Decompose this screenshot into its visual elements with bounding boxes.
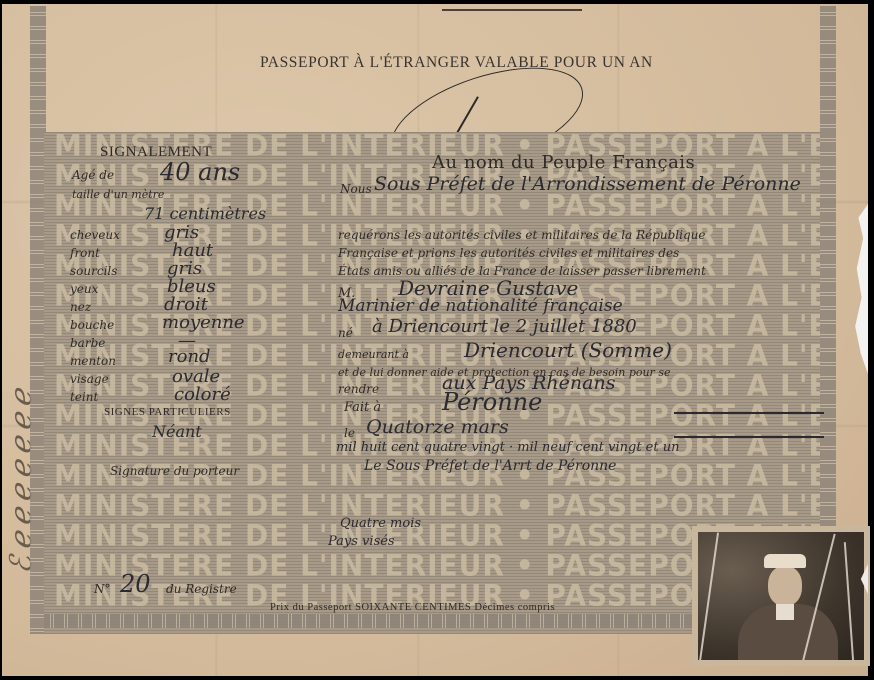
demeurant-label: demeurant à (338, 348, 409, 361)
label-sourcils: sourcils (70, 264, 117, 278)
value-age: 40 ans (160, 158, 240, 186)
label-barbe: barbe (70, 336, 105, 350)
date-label: le (344, 426, 355, 440)
value-bouche: moyenne (162, 312, 245, 333)
watermark-row: MINISTERE DE L'INTERIEUR • PASSEPORT A L… (54, 491, 820, 520)
signes-value: Néant (152, 422, 202, 441)
label-front: front (70, 246, 100, 260)
label-teint: teint (70, 390, 98, 404)
fait-label: Fait à (344, 400, 381, 415)
value-menton: rond (168, 346, 211, 367)
top-rule (442, 9, 582, 11)
left-margin-flourish: ℰℯℯℯℯℯℯℯ (4, 14, 32, 574)
photo-person-head (768, 566, 802, 606)
value-taille: 71 centimètres (144, 204, 266, 223)
registre-number: 20 (120, 570, 151, 598)
holder-nationality: Marinier de nationalité française (338, 296, 623, 316)
rendre-label: rendre (338, 382, 379, 396)
value-teint: coloré (174, 384, 231, 405)
photo-crack (844, 542, 854, 662)
signature-rule (674, 412, 824, 414)
issue-year: mil huit cent quatre vingt · mil neuf ce… (336, 440, 679, 455)
nous-label: Nous (340, 182, 372, 196)
issuing-authority: Sous Préfet de l'Arrondissement de Péron… (374, 170, 834, 198)
label-yeux: yeux (70, 282, 98, 296)
label-bouche: bouche (70, 318, 114, 332)
annotation-duration: Quatre mois (340, 516, 421, 531)
label-nez: nez (70, 300, 91, 314)
ne-label: né (338, 326, 353, 340)
label-age: Agé de (72, 168, 114, 182)
photo-crack (699, 532, 719, 661)
photo-collar (776, 604, 794, 620)
registre-suffix: du Registre (166, 582, 237, 596)
passport-document: ℰℯℯℯℯℯℯℯ PASSEPORT À L'ÉTRANGER VALABLE … (2, 4, 868, 676)
holder-photo (692, 526, 870, 666)
label-visage: visage (70, 372, 109, 386)
signatory: Le Sous Préfet de l'Arrt de Péronne (364, 458, 616, 474)
photo-boater-hat (764, 554, 806, 568)
annotation-countries: Pays visés (328, 534, 395, 549)
holder-birth: à Driencourt le 2 juillet 1880 (372, 316, 637, 337)
label-taille: taille d'un mètre (72, 188, 164, 201)
signature-rule-2 (674, 436, 824, 438)
registre-prefix: N° (94, 582, 111, 596)
holder-residence: Driencourt (Somme) (464, 338, 672, 362)
document-title: PASSEPORT À L'ÉTRANGER VALABLE POUR UN A… (260, 54, 653, 72)
signes-heading: SIGNES PARTICULIERS (104, 406, 231, 418)
torn-edge (852, 204, 868, 374)
issue-day-month: Quatorze mars (366, 416, 509, 438)
label-cheveux: cheveux (70, 228, 120, 242)
label-menton: menton (70, 354, 116, 368)
text-requerons: requérons les autorités civiles et milit… (338, 228, 706, 242)
price-text: Prix du Passeport SOIXANTE CENTIMES Déci… (270, 602, 555, 613)
signature-label: Signature du porteur (110, 464, 239, 478)
fait-place: Péronne (442, 388, 542, 416)
text-francaise: Française et prions les autorités civile… (338, 246, 679, 260)
